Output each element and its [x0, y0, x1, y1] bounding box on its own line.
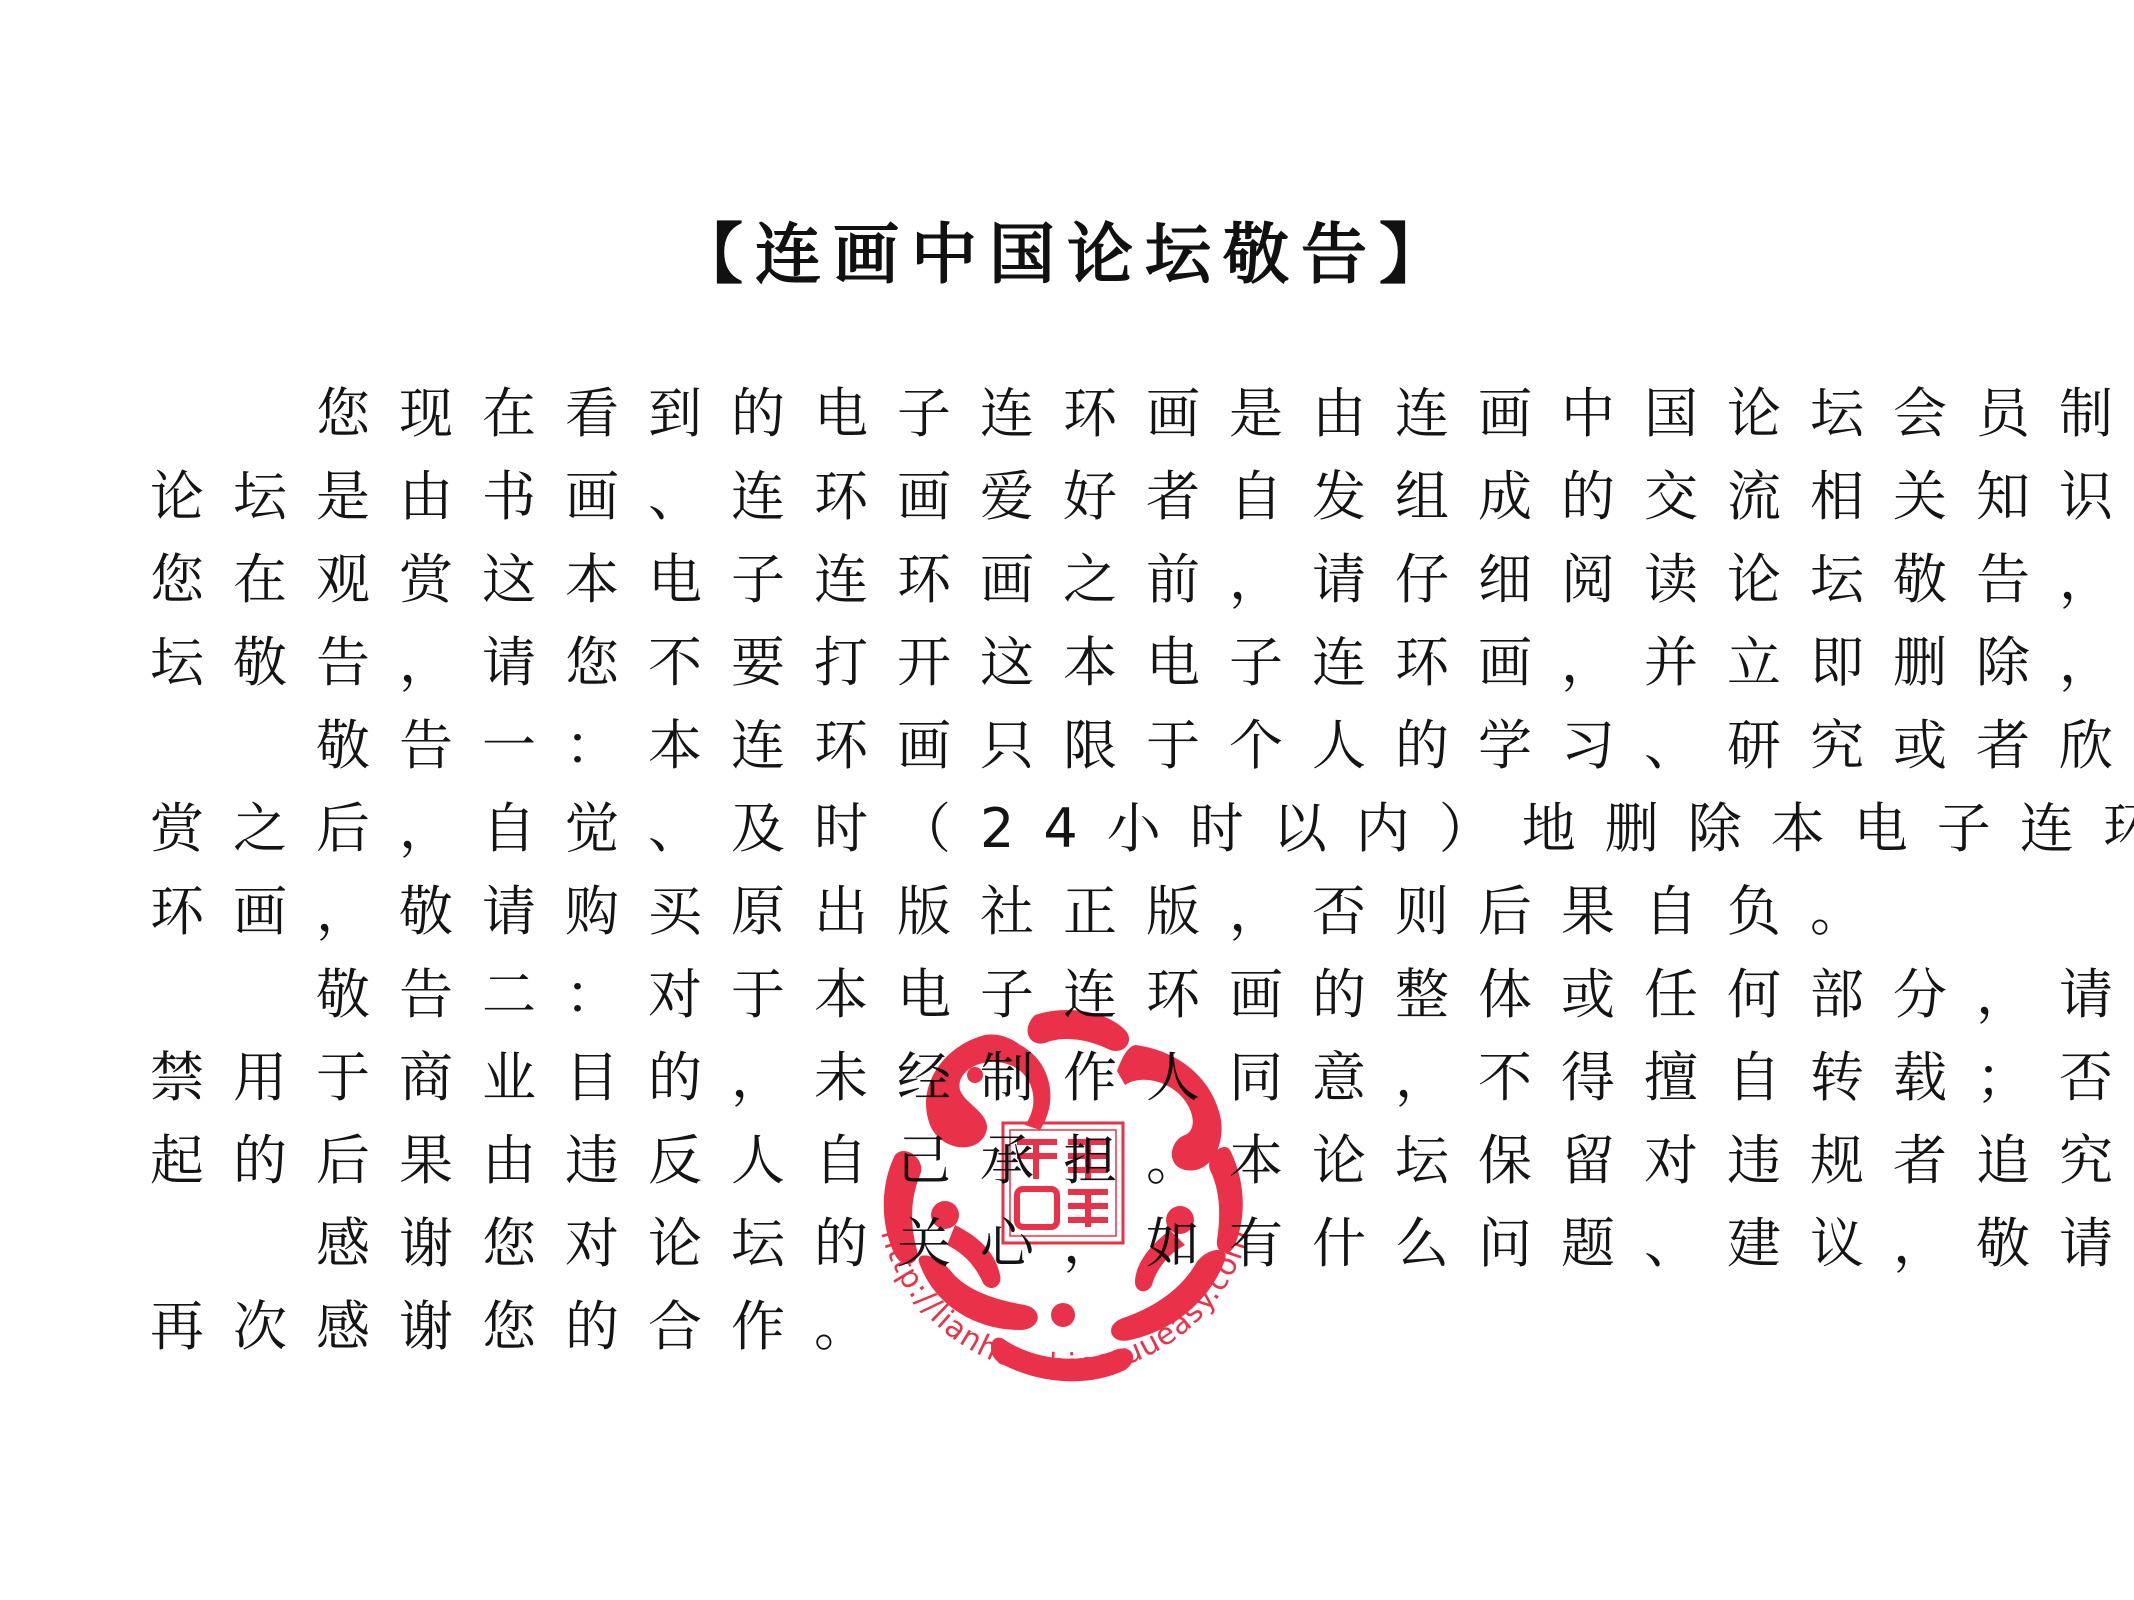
intro-line-4: 坛敬告，请您不要打开这本电子连环画，并立即删除，谢谢合作。 [150, 621, 2134, 704]
document-page: 【连画中国论坛敬告】 您现在看到的电子连环画是由连画中国论坛会员制作的，连画中国… [0, 0, 2134, 1600]
page-title: 【连画中国论坛敬告】 [0, 210, 2134, 300]
intro-line-1: 您现在看到的电子连环画是由连画中国论坛会员制作的，连画中国 [316, 372, 2134, 455]
notice-two-line-1: 敬告二：对于本电子连环画的整体或任何部分，请勿擅自修改。严 [316, 953, 2134, 1036]
notice-one-line-1: 敬告一：本连环画只限于个人的学习、研究或者欣赏目的。请在观 [316, 704, 2134, 787]
notice-two-line-3: 起的后果由违反人自己承担。本论坛保留对违规者追究责任的权利。 [150, 1119, 2134, 1202]
intro-line-2: 论坛是由书画、连环画爱好者自发组成的交流相关知识的公益性论坛， [150, 455, 2134, 538]
intro-line-3: 您在观赏这本电子连环画之前，请仔细阅读论坛敬告，若您无法认同论 [150, 538, 2134, 621]
thanks-line-2: 再次感谢您的合作。 [150, 1285, 897, 1368]
notice-one-line-2: 赏之后，自觉、及时（24小时以内）地删除本电子连环画，如喜欢本连 [150, 787, 2134, 870]
notice-one-line-3: 环画，敬请购买原出版社正版，否则后果自负。 [150, 870, 1893, 953]
thanks-line-1: 感谢您对论坛的关心，如有什么问题、建议，敬请访问论坛反馈。 [316, 1202, 2134, 1285]
notice-two-line-2: 禁用于商业目的，未经制作人同意，不得擅自转载；否则，所有一切引 [150, 1036, 2134, 1119]
